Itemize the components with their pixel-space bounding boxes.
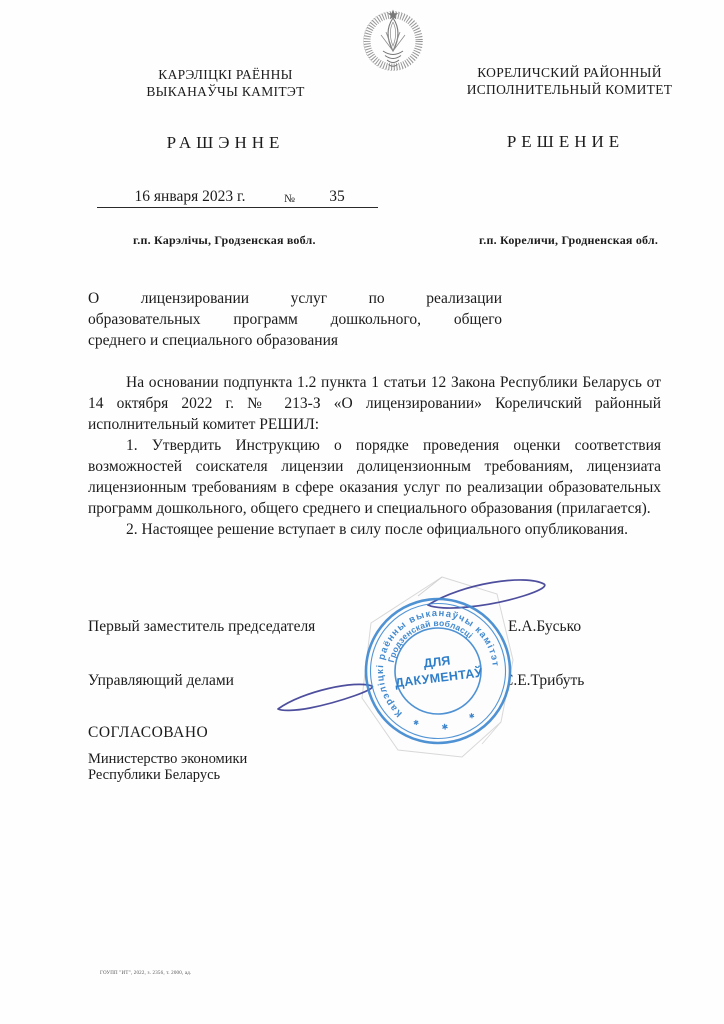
number-sign: № (283, 193, 296, 208)
printing-house-imprint: ГОУПП "ИТ", 2022, з. 2356, т. 2000, ад. (100, 971, 191, 976)
official-stamp-area: Карэліцкі раённы выканаўчы камітэт Гродз… (268, 558, 658, 793)
subject-line: образовательных программ дошкольного, об… (88, 309, 502, 330)
letterhead-ru-line2: ИСПОЛНИТЕЛЬНЫЙ КОМИТЕТ (447, 81, 692, 98)
letterhead-ru-line1: КОРЕЛИЧСКИЙ РАЙОННЫЙ (447, 64, 692, 81)
decision-body: На основании подпункта 1.2 пункта 1 стат… (88, 372, 661, 540)
doc-type-belarusian: РАШЭННЕ (118, 133, 333, 153)
stamp-star-icon: ✱ (413, 719, 420, 728)
subject-block: О лицензировании услуг по реализации обр… (88, 288, 502, 351)
body-paragraph-item1: 1. Утвердить Инструкцию о порядке провед… (88, 435, 661, 519)
place-belarusian: г.п. Карэлічы, Гродзенская вобл. (133, 233, 316, 248)
pen-signature-stroke-bottom (278, 684, 372, 710)
decision-number: 35 (296, 188, 378, 208)
letterhead-belarusian: КАРЭЛІЦКІ РАЁННЫ ВЫКАНАЎЧЫ КАМІТЭТ (103, 66, 348, 100)
approval-label: СОГЛАСОВАНО (88, 724, 208, 742)
subject-line: О лицензировании услуг по реализации (88, 288, 502, 309)
letterhead-be-line2: ВЫКАНАЎЧЫ КАМІТЭТ (103, 83, 348, 100)
date-value: 16 января 2023 г. (97, 188, 283, 208)
doc-type-russian: РЕШЕНИЕ (458, 132, 673, 152)
stamp-star-icon: ✱ (468, 712, 475, 721)
body-paragraph-item2: 2. Настоящее решение вступает в силу пос… (88, 519, 661, 540)
letterhead-be-line1: КАРЭЛІЦКІ РАЁННЫ (103, 66, 348, 83)
signature-title-affairs-manager: Управляющий делами (88, 672, 234, 690)
belarus-coat-of-arms-icon (360, 6, 426, 74)
subject-line: среднего и специального образования (88, 330, 502, 351)
place-russian: г.п. Кореличи, Гродненская обл. (479, 233, 658, 248)
approval-org-line2: Республики Беларусь (88, 767, 220, 783)
letterhead-russian: КОРЕЛИЧСКИЙ РАЙОННЫЙ ИСПОЛНИТЕЛЬНЫЙ КОМИ… (447, 64, 692, 98)
body-paragraph-basis: На основании подпункта 1.2 пункта 1 стат… (88, 372, 661, 435)
date-number-line: 16 января 2023 г.№35 (97, 188, 378, 208)
scanned-decision-document: КАРЭЛІЦКІ РАЁННЫ ВЫКАНАЎЧЫ КАМІТЭТ КОРЕЛ… (0, 0, 724, 1024)
approval-org-line1: Министерство экономики (88, 751, 247, 767)
